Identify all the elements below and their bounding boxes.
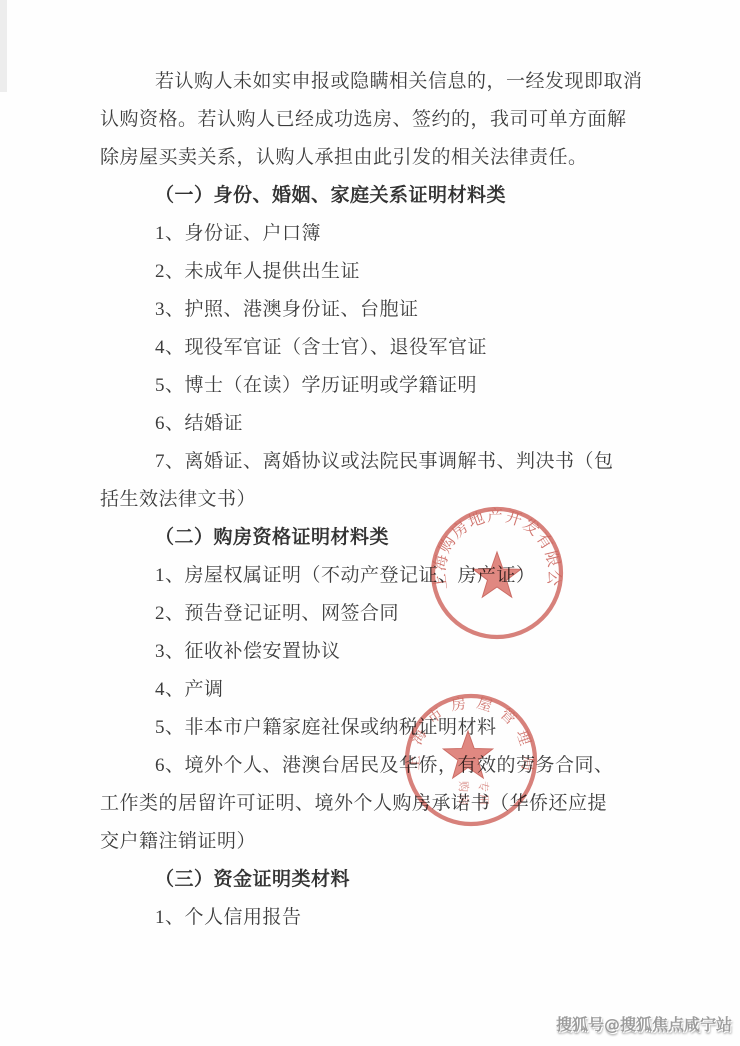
seal-star-icon (443, 731, 492, 778)
red-seal-company-stamp: 上海购房地产开发有限公司 (424, 500, 570, 646)
list-item-continuation: 交户籍注销证明） (100, 823, 652, 861)
section-heading-1: （一）身份、婚姻、家庭关系证明材料类 (100, 177, 652, 215)
section-heading-3: （三）资金证明类材料 (100, 861, 652, 899)
list-item: 5、博士（在读）学历证明或学籍证明 (100, 367, 652, 405)
list-item: 1、个人信用报告 (100, 899, 652, 937)
document-line: 若认购人未如实申报或隐瞒相关信息的，一经发现即取消 (100, 63, 652, 101)
list-item: 2、未成年人提供出生证 (100, 253, 652, 291)
list-item: 4、现役军官证（含士官）、退役军官证 (100, 329, 652, 367)
document-line: 除房屋买卖关系，认购人承担由此引发的相关法律责任。 (100, 139, 652, 177)
list-item: 3、护照、港澳身份证、台胞证 (100, 291, 652, 329)
list-item: 1、身份证、户口簿 (100, 215, 652, 253)
seal-inner-text-column: 购房 (457, 781, 471, 807)
list-item: 6、结婚证 (100, 405, 652, 443)
list-item-continuation: 工作类的居留许可证明、境外个人购房承诺书（华侨还应提 (100, 785, 652, 823)
watermark-sohu-badge: 搜狐号@搜狐焦点咸宁站 (556, 1010, 736, 1040)
list-item: 6、境外个人、港澳台居民及华侨，有效的劳务合同、 (100, 747, 652, 785)
document-line: 认购资格。若认购人已经成功选房、签约的，我司可单方面解 (100, 101, 652, 139)
list-item: 4、产调 (100, 671, 652, 709)
list-item: 7、离婚证、离婚协议或法院民事调解书、判决书（包 (100, 443, 652, 481)
scan-edge-artifact (0, 0, 7, 92)
list-item: 5、非本市户籍家庭社保或纳税证明材料 (100, 709, 652, 747)
document-page: 若认购人未如实申报或隐瞒相关信息的，一经发现即取消 认购资格。若认购人已经成功选… (0, 0, 740, 1046)
red-seal-bureau-stamp: 上海市房屋管理局 购房 专用 (398, 687, 544, 833)
seal-inner-text-column: 专用 (477, 781, 491, 807)
seal-star-icon (473, 552, 521, 597)
